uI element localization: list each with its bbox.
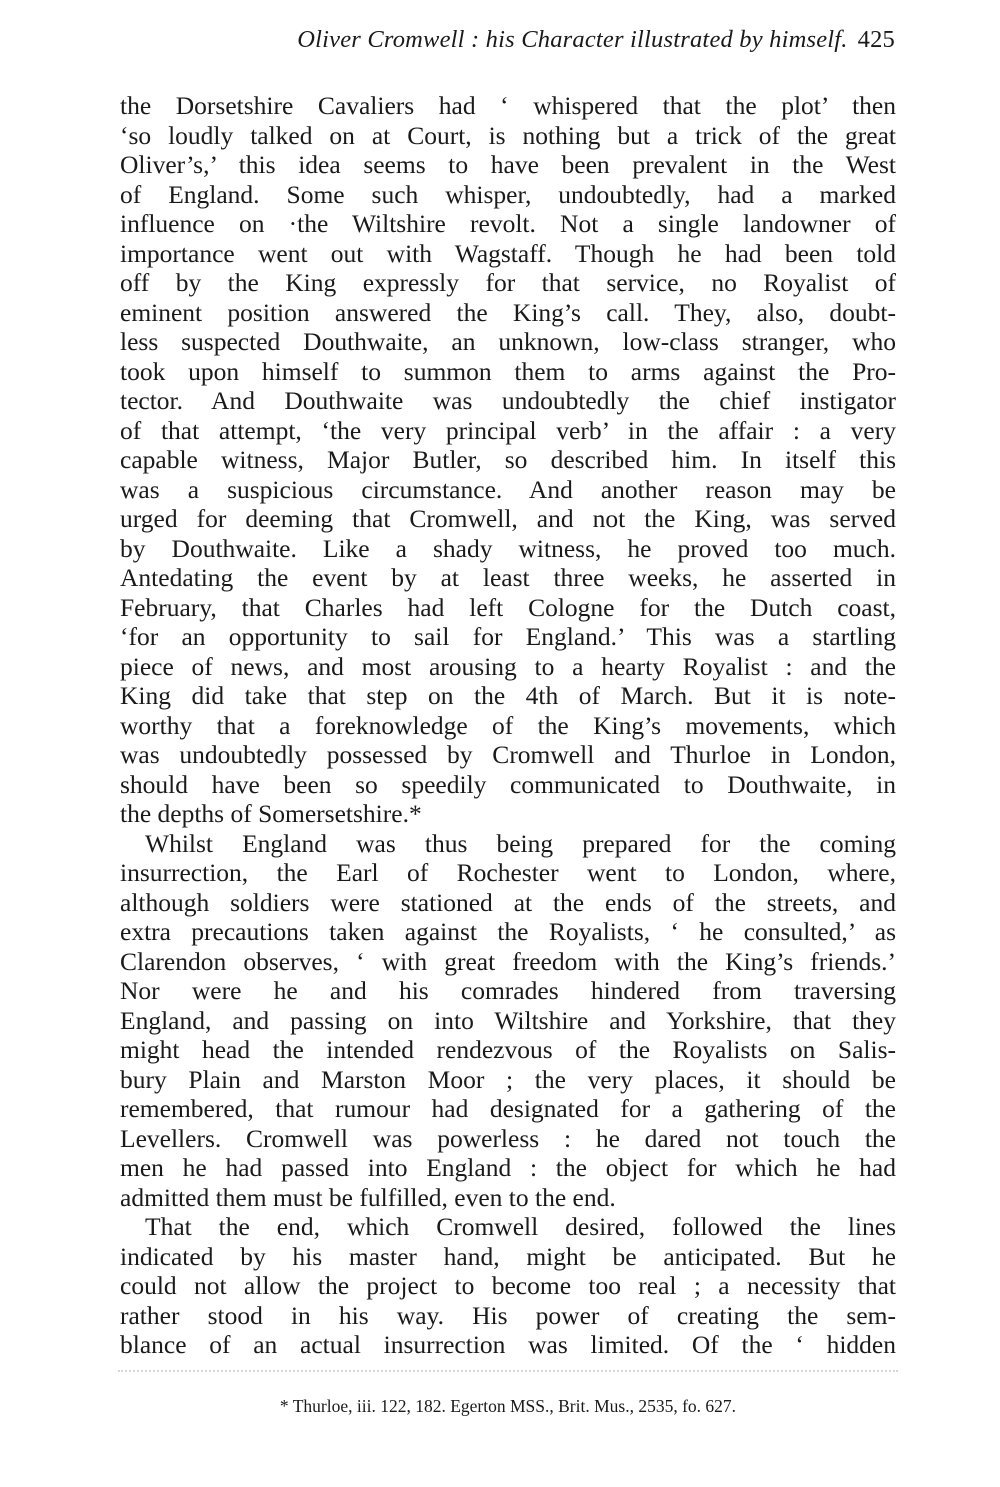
book-page: Oliver Cromwell : his Character illustra… [0,0,1000,1487]
text-line: might head the intended rendezvous of th… [120,1035,896,1065]
text-line: importance went out with Wagstaff. Thoug… [120,239,896,269]
text-line-paragraph-end: admitted them must be fulfilled, even to… [120,1183,896,1213]
text-line: eminent position answered the King’s cal… [120,298,896,328]
text-line-paragraph-start: Whilst England was thus being prepared f… [120,829,896,859]
running-title: Oliver Cromwell : his Character illustra… [297,26,847,53]
text-line: of that attempt, ‘the very principal ver… [120,416,896,446]
text-line: worthy that a foreknowledge of the King’… [120,711,896,741]
footnote-separator [118,1370,898,1374]
text-line: ‘so loudly talked on at Court, is nothin… [120,121,896,151]
text-line: influence on ·the Wiltshire revolt. Not … [120,209,896,239]
text-line: King did take that step on the 4th of Ma… [120,681,896,711]
text-line: bury Plain and Marston Moor ; the very p… [120,1065,896,1095]
running-header: Oliver Cromwell : his Character illustra… [120,20,895,60]
text-line: remembered, that rumour had designated f… [120,1094,896,1124]
text-line: indicated by his master hand, might be a… [120,1242,896,1272]
text-line: took upon himself to summon them to arms… [120,357,896,387]
text-line: Levellers. Cromwell was powerless : he d… [120,1124,896,1154]
text-line: of England. Some such whisper, undoubted… [120,180,896,210]
text-line: the Dorsetshire Cavaliers had ‘ whispere… [120,91,896,121]
page-number: 425 [858,26,895,53]
footnote: * Thurloe, iii. 122, 182. Egerton MSS., … [120,1392,896,1420]
text-line: men he had passed into England : the obj… [120,1153,896,1183]
text-line: could not allow the project to become to… [120,1271,896,1301]
text-line: blance of an actual insurrection was lim… [120,1330,896,1360]
text-line: by Douthwaite. Like a shady witness, he … [120,534,896,564]
text-line: less suspected Douthwaite, an unknown, l… [120,327,896,357]
text-line: should have been so speedily communicate… [120,770,896,800]
text-line: Antedating the event by at least three w… [120,563,896,593]
text-line: England, and passing on into Wiltshire a… [120,1006,896,1036]
text-line: although soldiers were stationed at the … [120,888,896,918]
text-line: tector. And Douthwaite was undoubtedly t… [120,386,896,416]
text-line: Nor were he and his comrades hindered fr… [120,976,896,1006]
text-line: capable witness, Major Butler, so descri… [120,445,896,475]
text-line-paragraph-start: That the end, which Cromwell desired, fo… [120,1212,896,1242]
text-line: extra precautions taken against the Roya… [120,917,896,947]
text-line: insurrection, the Earl of Rochester went… [120,858,896,888]
text-line: rather stood in his way. His power of cr… [120,1301,896,1331]
text-line: February, that Charles had left Cologne … [120,593,896,623]
text-line: was a suspicious circumstance. And anoth… [120,475,896,505]
text-line-paragraph-end: the depths of Somersetshire.* [120,799,896,829]
text-line: Clarendon observes, ‘ with great freedom… [120,947,896,977]
text-line: off by the King expressly for that servi… [120,268,896,298]
text-line: piece of news, and most arousing to a he… [120,652,896,682]
text-line: Oliver’s,’ this idea seems to have been … [120,150,896,180]
text-line: was undoubtedly possessed by Cromwell an… [120,740,896,770]
body-text: the Dorsetshire Cavaliers had ‘ whispere… [120,91,896,1360]
text-line: ‘for an opportunity to sail for England.… [120,622,896,652]
text-line: urged for deeming that Cromwell, and not… [120,504,896,534]
